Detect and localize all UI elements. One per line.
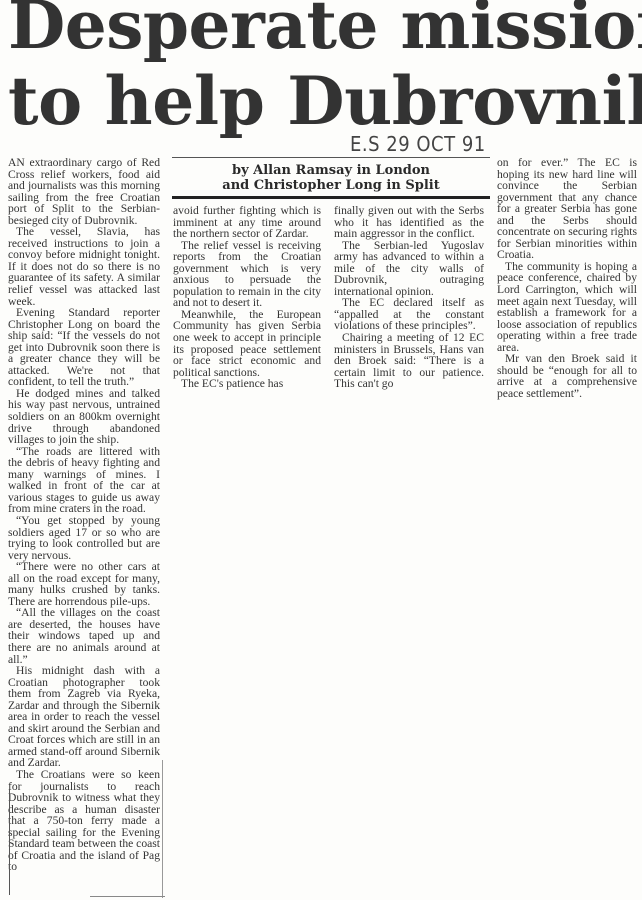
paragraph: Evening Standard reporter Christopher Lo… <box>8 307 160 388</box>
article-column-4: on for ever.” The EC is hoping its new h… <box>497 157 637 399</box>
headline-line-1: Desperate mission <box>8 0 642 58</box>
paragraph: Meanwhile, the European Community has gi… <box>173 309 321 378</box>
byline: by Allan Ramsay in London and Christophe… <box>172 157 490 199</box>
clipping-edge-right <box>162 760 163 898</box>
byline-line-1: by Allan Ramsay in London <box>232 163 430 178</box>
paragraph: The Serbian-led Yugoslav army has advanc… <box>334 240 484 298</box>
paragraph: Chairing a meeting of 12 EC ministers in… <box>334 332 484 390</box>
paragraph: The EC declared itself as “appalled at t… <box>334 297 484 332</box>
paragraph: The relief vessel is receiving reports f… <box>173 240 321 309</box>
paragraph: The Croatians were so keen for journalis… <box>8 769 160 873</box>
headline-line-2: to help Dubrovnik <box>8 68 642 134</box>
article-column-3: finally given out with the Serbs who it … <box>334 205 484 390</box>
paragraph: on for ever.” The EC is hoping its new h… <box>497 157 637 261</box>
article-column-1: AN extraordinary cargo of Red Cross reli… <box>8 157 160 873</box>
article-column-2: avoid further fighting which is imminent… <box>173 205 321 390</box>
paragraph: The EC's patience has <box>173 378 321 390</box>
newspaper-clipping: Desperate mission to help Dubrovnik E.S … <box>0 0 642 900</box>
paragraph: His midnight dash with a Croatian photog… <box>8 665 160 769</box>
clipping-edge-bottom <box>90 896 165 897</box>
paragraph: The vessel, Slavia, has received instruc… <box>8 226 160 307</box>
paragraph: avoid further fighting which is imminent… <box>173 205 321 240</box>
paragraph: finally given out with the Serbs who it … <box>334 205 484 240</box>
paragraph: “The roads are littered with the debris … <box>8 446 160 515</box>
paragraph: AN extraordinary cargo of Red Cross reli… <box>8 157 160 226</box>
clipping-edge-left <box>9 790 10 895</box>
paragraph: “All the villages on the coast are deser… <box>8 607 160 665</box>
paragraph: “You get stopped by young soldiers aged … <box>8 515 160 561</box>
date-stamp: E.S 29 OCT 91 <box>350 132 486 156</box>
paragraph: “There were no other cars at all on the … <box>8 561 160 607</box>
byline-line-2: and Christopher Long in Split <box>172 178 490 193</box>
paragraph: He dodged mines and talked his way past … <box>8 388 160 446</box>
paragraph: The community is hoping a peace conferen… <box>497 261 637 353</box>
paragraph: Mr van den Broek said it should be “enou… <box>497 353 637 399</box>
